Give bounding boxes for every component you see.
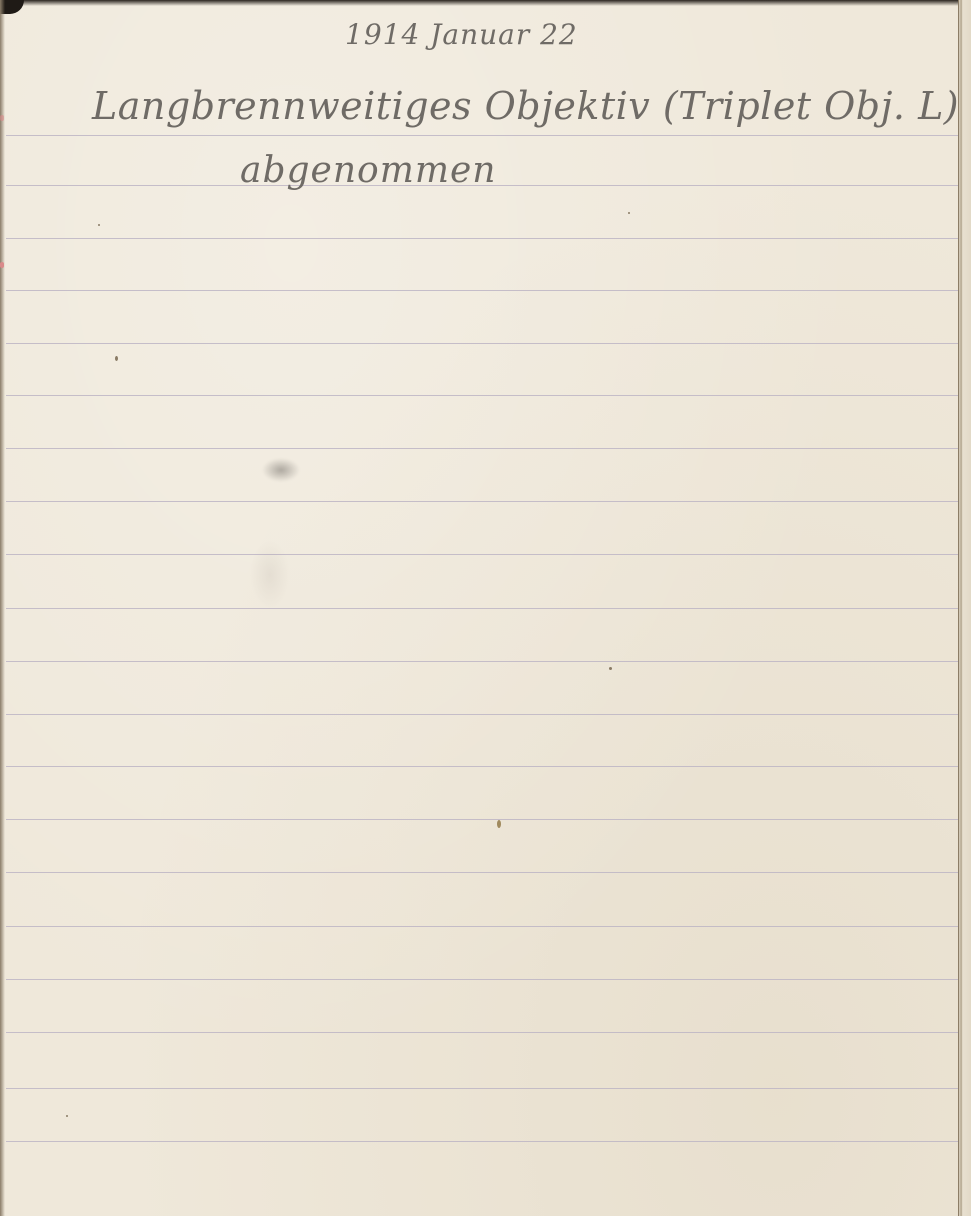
edge-mark (0, 262, 4, 268)
ruled-line (6, 135, 958, 136)
right-page-edge (958, 0, 971, 1216)
paper-speck (609, 667, 612, 670)
pencil-smudge (262, 458, 300, 482)
faint-smudge (250, 540, 290, 610)
paper-speck (115, 356, 118, 361)
ruled-line (6, 1088, 958, 1089)
ruled-line (6, 714, 958, 715)
ruled-line (6, 395, 958, 396)
ruled-line (6, 819, 958, 820)
ruled-line (6, 343, 958, 344)
left-page-edge (0, 0, 5, 1216)
ruled-line (6, 608, 958, 609)
edge-mark (0, 115, 4, 121)
ruled-line (6, 448, 958, 449)
top-edge-shadow (0, 0, 971, 6)
entry-date: 1914 Januar 22 (345, 18, 578, 51)
ruled-line (6, 872, 958, 873)
ruled-line (6, 979, 958, 980)
ruled-line (6, 238, 958, 239)
paper-speck (66, 1115, 68, 1117)
ruled-line (6, 501, 958, 502)
ruled-line (6, 1141, 958, 1142)
ruled-line (6, 554, 958, 555)
entry-note-line-1: Langbrennweitiges Objektiv (Triplet Obj.… (92, 84, 959, 128)
entry-note-line-2: abgenommen (240, 150, 496, 191)
ruled-line (6, 926, 958, 927)
ruled-line (6, 766, 958, 767)
paper-speck (628, 212, 630, 214)
ruled-line (6, 290, 958, 291)
ruled-line (6, 1032, 958, 1033)
ruled-line (6, 661, 958, 662)
paper-speck (497, 820, 501, 828)
notebook-page: 1914 Januar 22 Langbrennweitiges Objekti… (0, 0, 971, 1216)
paper-speck (98, 224, 100, 226)
